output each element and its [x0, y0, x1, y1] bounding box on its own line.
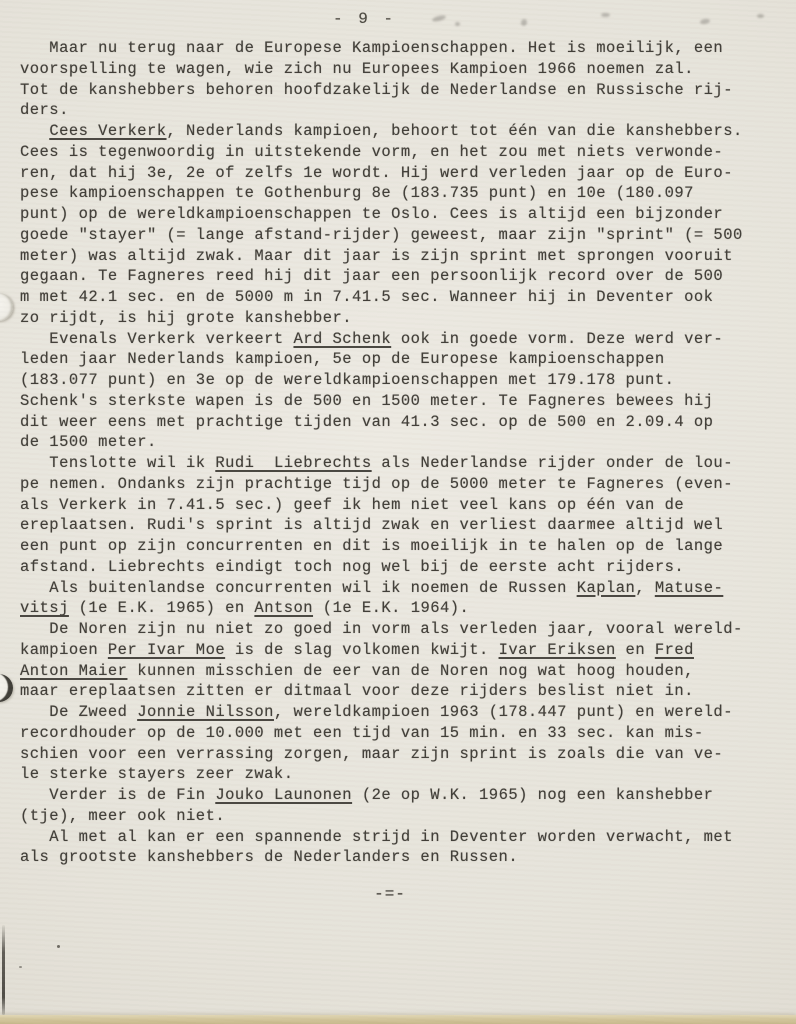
underlined-name: Cees Verkerk [49, 122, 166, 140]
text-segment: recordhouder op de 10.000 met een tijd v… [20, 724, 704, 742]
pencil-smudge [757, 14, 764, 18]
ink-speck [57, 945, 60, 948]
document-line: goede "stayer" (= lange afstand-rijder) … [20, 225, 772, 246]
document-line: Evenals Verkerk verkeert Ard Schenk ook … [20, 329, 772, 350]
text-segment: de 1500 meter. [20, 433, 157, 451]
document-line: de 1500 meter. [20, 432, 772, 453]
text-segment: als Verkerk in 7.41.5 sec.) geef ik hem … [20, 496, 684, 514]
text-segment: Als buitenlandse concurrenten wil ik noe… [20, 579, 577, 597]
underlined-name: Jonnie Nilsson [137, 703, 274, 721]
text-segment: Tot de kanshebbers behoren hoofdzakelijk… [20, 81, 733, 99]
text-segment: le sterke stayers zeer zwak. [20, 765, 293, 783]
text-segment: pe nemen. Ondanks zijn prachtige tijd op… [20, 475, 733, 493]
text-segment: een punt op zijn concurrenten en dit is … [20, 537, 723, 555]
document-line: afstand. Liebrechts eindigt toch nog wel… [20, 557, 772, 578]
document-body: Maar nu terug naar de Europese Kampioens… [20, 38, 772, 868]
text-segment: voorspelling te wagen, wie zich nu Europ… [20, 60, 694, 78]
underlined-name: Rudi Liebrechts [215, 454, 371, 472]
text-segment: (183.077 punt) en 3e op de wereldkampioe… [20, 371, 674, 389]
text-segment: , Nederlands kampioen, behoort tot één v… [167, 122, 743, 140]
text-segment: Schenk's sterkste wapen is de 500 en 150… [20, 392, 713, 410]
text-segment: m met 42.1 sec. en de 5000 m in 7.41.5 s… [20, 288, 713, 306]
document-line: vitsj (1e E.K. 1965) en Antson (1e E.K. … [20, 598, 772, 619]
underlined-name: Kaplan [577, 579, 636, 597]
document-line: pese kampioenschappen te Gothenburg 8e (… [20, 183, 772, 204]
text-segment: De Zweed [20, 703, 137, 721]
end-of-text-mark: -=- [20, 885, 760, 903]
text-segment: gegaan. Te Fagneres reed hij dit jaar ee… [20, 267, 723, 285]
document-line: schien voor een verrassing zorgen, maar … [20, 744, 772, 765]
text-segment: De Noren zijn nu niet zo goed in vorm al… [20, 620, 743, 638]
text-segment: (2e op W.K. 1965) nog een kanshebber [352, 786, 713, 804]
document-line: een punt op zijn concurrenten en dit is … [20, 536, 772, 557]
underlined-name: Ard Schenk [293, 330, 391, 348]
underlined-name: Ivar Eriksen [499, 641, 616, 659]
document-line: Cees Verkerk, Nederlands kampioen, behoo… [20, 121, 772, 142]
document-line: Cees is tegenwoordig in uitstekende vorm… [20, 142, 772, 163]
text-segment: (1e E.K. 1964). [313, 599, 469, 617]
text-segment: ren, dat hij 3e, 2e of zelfs 1e wordt. H… [20, 164, 733, 182]
document-line: recordhouder op de 10.000 met een tijd v… [20, 723, 772, 744]
text-segment: kampioen [20, 641, 108, 659]
document-line: Als buitenlandse concurrenten wil ik noe… [20, 578, 772, 599]
document-line: dit weer eens met prachtige tijden van 4… [20, 412, 772, 433]
document-line: De Zweed Jonnie Nilsson, wereldkampioen … [20, 702, 772, 723]
underlined-name: Jouko Launonen [215, 786, 352, 804]
document-line: m met 42.1 sec. en de 5000 m in 7.41.5 s… [20, 287, 772, 308]
text-segment [20, 122, 49, 140]
document-line: zo rijdt, is hij grote kanshebber. [20, 308, 772, 329]
text-segment: (tje), meer ook niet. [20, 807, 225, 825]
page-edge-mark [2, 925, 5, 1015]
document-line: ren, dat hij 3e, 2e of zelfs 1e wordt. H… [20, 163, 772, 184]
underlined-name: vitsj [20, 599, 69, 617]
text-segment: Al met al kan er een spannende strijd in… [20, 828, 733, 846]
document-line: (tje), meer ook niet. [20, 806, 772, 827]
text-segment: ders. [20, 101, 69, 119]
punch-hole-bottom [0, 674, 13, 702]
underlined-name: Anton Maier [20, 662, 127, 680]
document-line: als grootste kanshebbers de Nederlanders… [20, 847, 772, 868]
underlined-name: Fred [655, 641, 694, 659]
document-line: voorspelling te wagen, wie zich nu Europ… [20, 59, 772, 80]
underlined-name: Antson [254, 599, 313, 617]
document-line: De Noren zijn nu niet zo goed in vorm al… [20, 619, 772, 640]
text-segment: dit weer eens met prachtige tijden van 4… [20, 413, 713, 431]
underlined-name: Matuse- [655, 579, 723, 597]
text-segment: Cees is tegenwoordig in uitstekende vorm… [20, 143, 723, 161]
document-line: Tot de kanshebbers behoren hoofdzakelijk… [20, 80, 772, 101]
text-segment: ereplaatsen. Rudi's sprint is altijd zwa… [20, 516, 723, 534]
document-line: maar ereplaatsen zitten er ditmaal voor … [20, 681, 772, 702]
text-segment: meter) was altijd zwak. Maar dit jaar is… [20, 247, 733, 265]
text-segment: (1e E.K. 1965) en [69, 599, 255, 617]
text-segment: Verder is de Fin [20, 786, 215, 804]
document-line: pe nemen. Ondanks zijn prachtige tijd op… [20, 474, 772, 495]
scanned-document-page: - 9 - Maar nu terug naar de Europese Kam… [0, 0, 796, 1024]
document-line: Al met al kan er een spannende strijd in… [20, 827, 772, 848]
text-segment: als Nederlandse rijder onder de lou- [372, 454, 733, 472]
text-segment: is de slag volkomen kwijt. [225, 641, 498, 659]
document-line: punt) op de wereldkampioenschappen te Os… [20, 204, 772, 225]
document-line: ereplaatsen. Rudi's sprint is altijd zwa… [20, 515, 772, 536]
text-segment: ook in goede vorm. Deze werd ver- [391, 330, 723, 348]
document-line: meter) was altijd zwak. Maar dit jaar is… [20, 246, 772, 267]
document-line: Schenk's sterkste wapen is de 500 en 150… [20, 391, 772, 412]
text-segment: zo rijdt, is hij grote kanshebber. [20, 309, 352, 327]
ink-speck [19, 966, 22, 968]
text-segment: , wereldkampioen 1963 (178.447 punt) en … [274, 703, 733, 721]
text-segment: goede "stayer" (= lange afstand-rijder) … [20, 226, 743, 244]
text-segment: leden jaar Nederlands kampioen, 5e op de… [20, 350, 665, 368]
text-segment: en [616, 641, 655, 659]
text-segment: afstand. Liebrechts eindigt toch nog wel… [20, 558, 684, 576]
pencil-smudge [520, 18, 528, 27]
document-line: ders. [20, 100, 772, 121]
pencil-smudge [700, 18, 711, 25]
text-segment: maar ereplaatsen zitten er ditmaal voor … [20, 682, 694, 700]
text-segment: punt) op de wereldkampioenschappen te Os… [20, 205, 723, 223]
text-segment: kunnen misschien de eer van de Noren nog… [127, 662, 693, 680]
document-line: le sterke stayers zeer zwak. [20, 764, 772, 785]
document-line: als Verkerk in 7.41.5 sec.) geef ik hem … [20, 495, 772, 516]
punch-hole-top [0, 293, 13, 321]
page-bottom-edge [0, 1015, 796, 1024]
text-segment: Maar nu terug naar de Europese Kampioens… [20, 39, 723, 57]
text-segment: als grootste kanshebbers de Nederlanders… [20, 848, 518, 866]
document-line: (183.077 punt) en 3e op de wereldkampioe… [20, 370, 772, 391]
document-line: Anton Maier kunnen misschien de eer van … [20, 661, 772, 682]
pencil-smudge [432, 14, 447, 22]
pencil-smudge [455, 22, 460, 26]
underlined-name: Per Ivar Moe [108, 641, 225, 659]
text-segment: pese kampioenschappen te Gothenburg 8e (… [20, 184, 694, 202]
document-line: Maar nu terug naar de Europese Kampioens… [20, 38, 772, 59]
document-line: leden jaar Nederlands kampioen, 5e op de… [20, 349, 772, 370]
document-line: Tenslotte wil ik Rudi Liebrechts als Ned… [20, 453, 772, 474]
text-segment: Evenals Verkerk verkeert [20, 330, 293, 348]
document-line: gegaan. Te Fagneres reed hij dit jaar ee… [20, 266, 772, 287]
page-number: - 9 - [333, 10, 396, 28]
text-segment: schien voor een verrassing zorgen, maar … [20, 745, 723, 763]
pencil-smudge [601, 13, 610, 17]
text-segment: Tenslotte wil ik [20, 454, 215, 472]
text-segment: , [635, 579, 655, 597]
document-line: kampioen Per Ivar Moe is de slag volkome… [20, 640, 772, 661]
document-line: Verder is de Fin Jouko Launonen (2e op W… [20, 785, 772, 806]
